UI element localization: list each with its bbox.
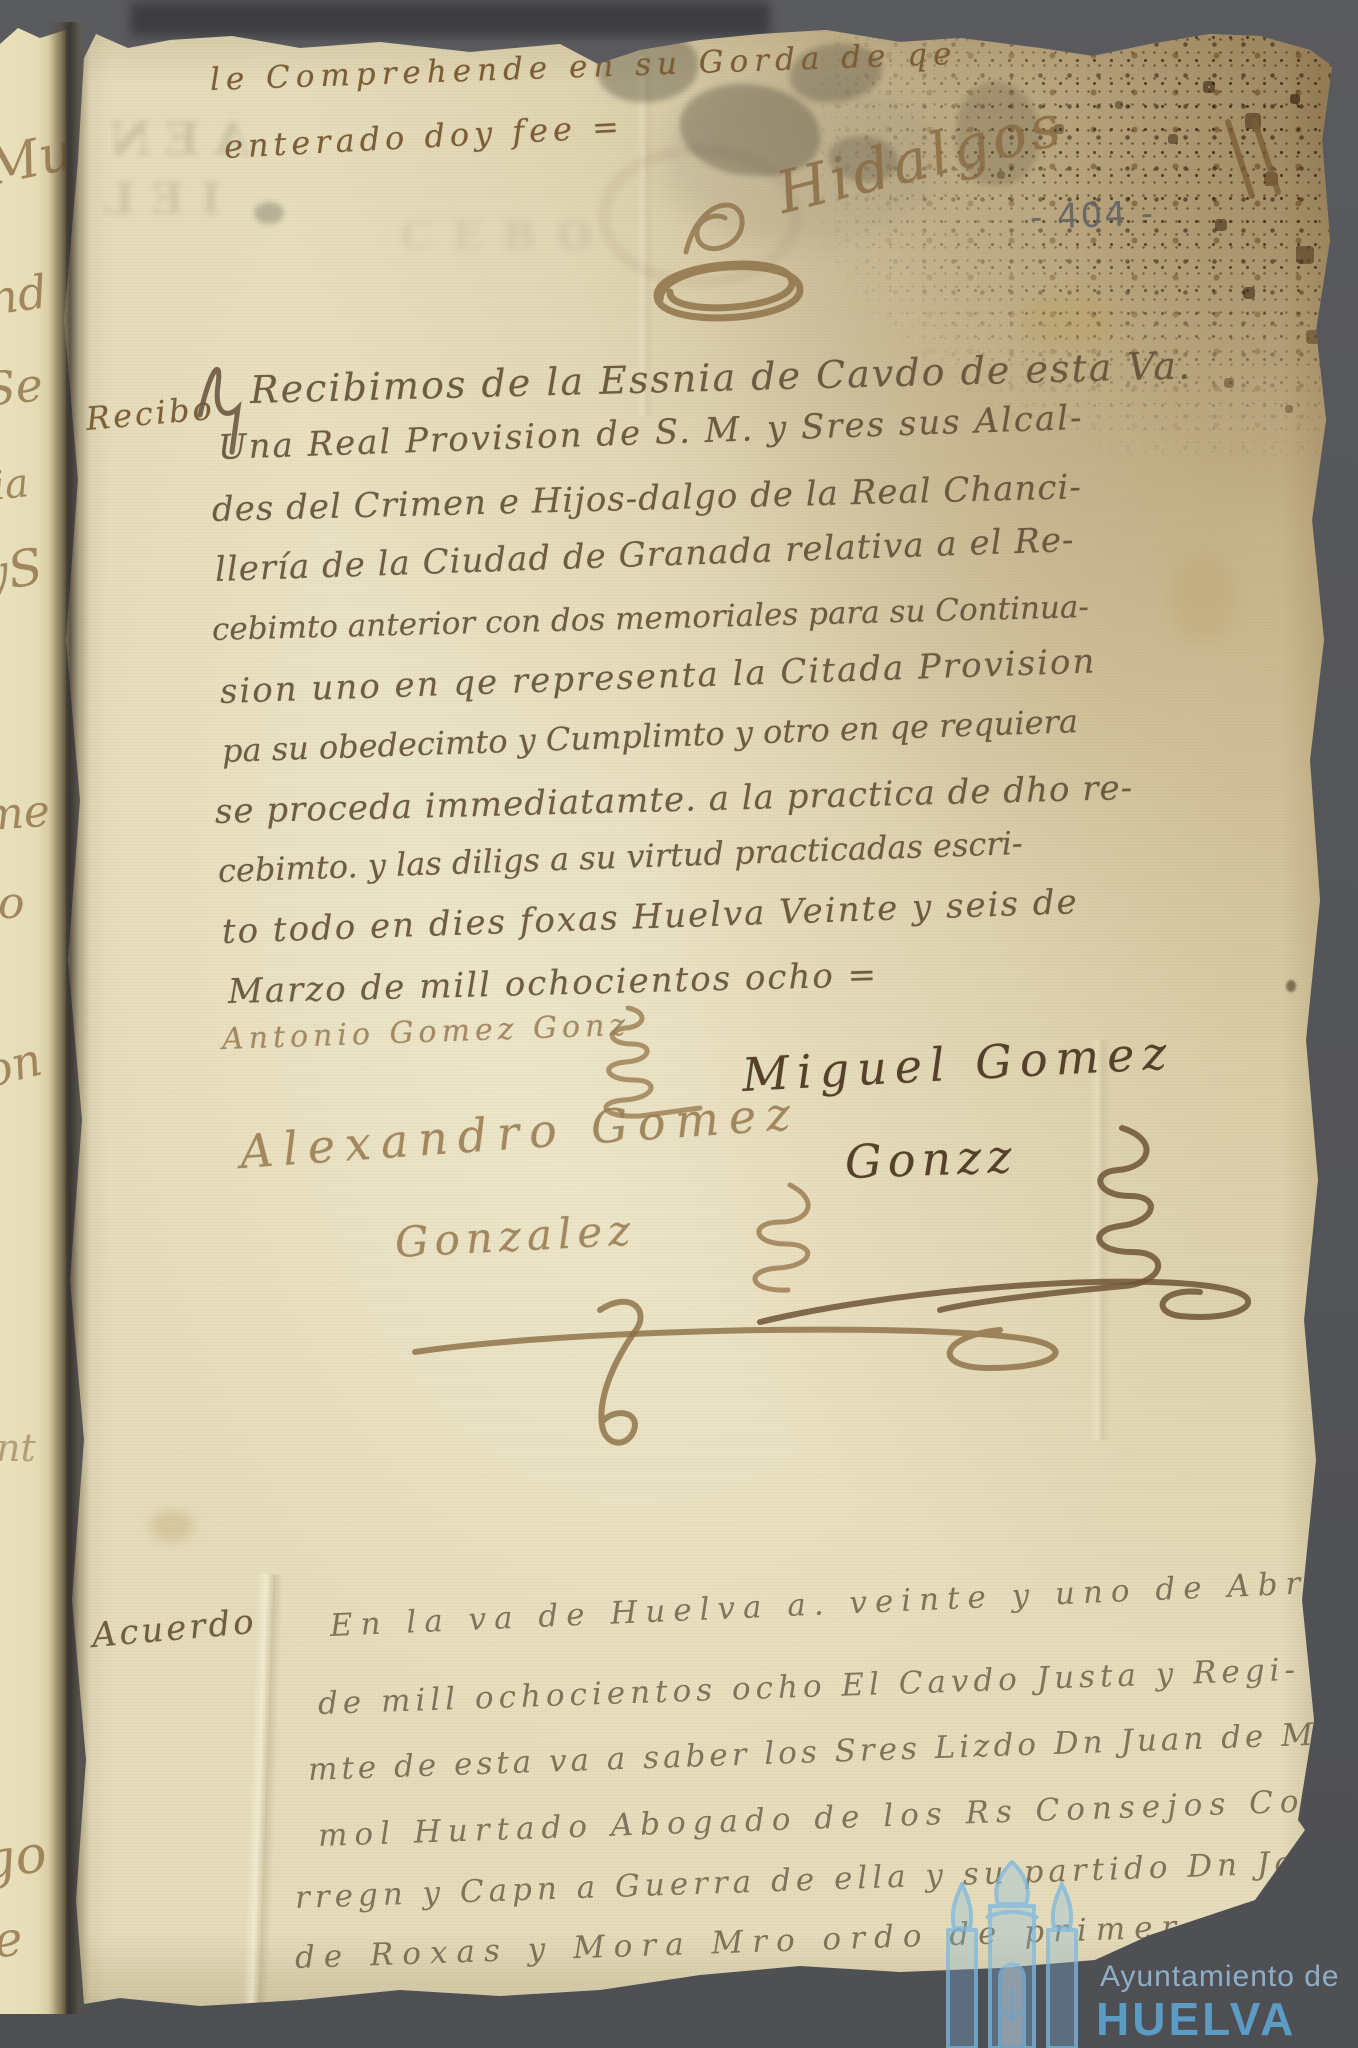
margin-note-recibo: Recibo xyxy=(84,389,216,438)
body-line: Marzo de mill ochocientos ocho = xyxy=(227,955,878,1012)
body-line: des del Crimen e Hijos-dalgo de la Real … xyxy=(211,467,1082,530)
acuerdo-line: mol Hurtado Abogado de los Rs Consejos C… xyxy=(317,1783,1323,1854)
adjacent-page-edge: Mu nd Se ia yS me o on nt go e xyxy=(0,22,66,2014)
rubric-underline-icon xyxy=(415,1330,1056,1368)
body-line: se proceda immediatamte. a la practica d… xyxy=(214,768,1133,832)
body-line: llería de la Ciudad de Granada relativa … xyxy=(214,520,1075,590)
body-line: cebimto. y las diligs a su virtud practi… xyxy=(217,824,1023,890)
edge-writing-fragment: o xyxy=(0,878,25,929)
edge-writing-fragment: ia xyxy=(0,460,31,510)
paper-stain xyxy=(150,1510,194,1542)
mat-shadow-band xyxy=(130,2,770,36)
paper-crease xyxy=(1090,1040,1110,1440)
rubric-miguel-sweep-icon xyxy=(760,1282,1248,1322)
acuerdo-line: rregn y Capn a Guerra de ella y su parti… xyxy=(294,1843,1342,1916)
body-line: pa su obedecimto y Cumplimto y otro en q… xyxy=(221,702,1078,770)
edge-writing-fragment: e xyxy=(0,1911,25,1970)
watermark-label-line2: HUELVA xyxy=(1096,1992,1296,2046)
top-note-line-2: enterado doy fee = xyxy=(223,107,625,166)
folio-strokes-icon xyxy=(1228,120,1278,196)
body-line: to todo en dies foxas Huelva Veinte y se… xyxy=(221,882,1079,952)
edge-writing-fragment: Se xyxy=(0,357,45,417)
edge-writing-fragment: me xyxy=(0,786,51,842)
foxing-blotches xyxy=(1208,86,1210,88)
signature-antonio-gomez: Antonio Gomez Gonz xyxy=(221,1008,630,1057)
edge-writing-fragment: yS xyxy=(0,537,47,605)
rubric-clef-icon xyxy=(600,1302,641,1443)
acuerdo-line: mte de esta va a saber los Sres Lizdo Dn… xyxy=(307,1715,1358,1788)
watermark-label-line1: Ayuntamiento de xyxy=(1100,1960,1340,1994)
edge-writing-fragment: on xyxy=(0,1032,47,1098)
manuscript-page: AEN IEL CEBO le Comprehende en su Gorda … xyxy=(58,26,1332,2012)
edge-writing-fragment: go xyxy=(0,1824,50,1892)
paper-stain xyxy=(1170,556,1234,642)
margin-note-acuerdo: Acuerdo xyxy=(90,1602,258,1656)
signature-alexandro-gomez-line2: Gonzalez xyxy=(394,1205,638,1267)
paper-stain xyxy=(1020,294,1116,348)
rubric-gonzalez-icon xyxy=(755,1185,808,1290)
edge-writing-fragment: nd xyxy=(0,264,51,326)
page-number: - 404 - xyxy=(1029,194,1155,238)
signature-miguel-gomez-line1: Miguel Gomez xyxy=(741,1025,1176,1102)
body-line: cebimto anterior con dos memoriales para… xyxy=(212,589,1090,648)
signature-alexandro-gomez-line1: Alexandro Gomez xyxy=(238,1086,802,1179)
archival-scan: { "document": { "page_number": "- 404 -"… xyxy=(0,0,1358,2048)
rubric-flourishes xyxy=(58,26,1332,2012)
acuerdo-line: de Roxas y Mora Mro ordo de primera xyxy=(294,1908,1213,1976)
bleedthrough-print: CEBO xyxy=(400,212,612,259)
paper-stain xyxy=(1286,980,1296,992)
ink-smudge xyxy=(254,202,284,224)
edge-writing-fragment: nt xyxy=(0,1426,36,1470)
acuerdo-line: de mill ochocientos ocho El Cavdo Justa … xyxy=(317,1652,1300,1722)
signature-miguel-gomez-line2: Gonzz xyxy=(844,1129,1018,1189)
bleedthrough-print: IEL xyxy=(88,174,221,225)
body-line: sion uno en qe representa la Citada Prov… xyxy=(219,641,1097,712)
edge-writing-fragment: Mu xyxy=(0,122,66,199)
acuerdo-line: En la va de Huelva a. veinte y uno de Ab… xyxy=(329,1564,1345,1644)
